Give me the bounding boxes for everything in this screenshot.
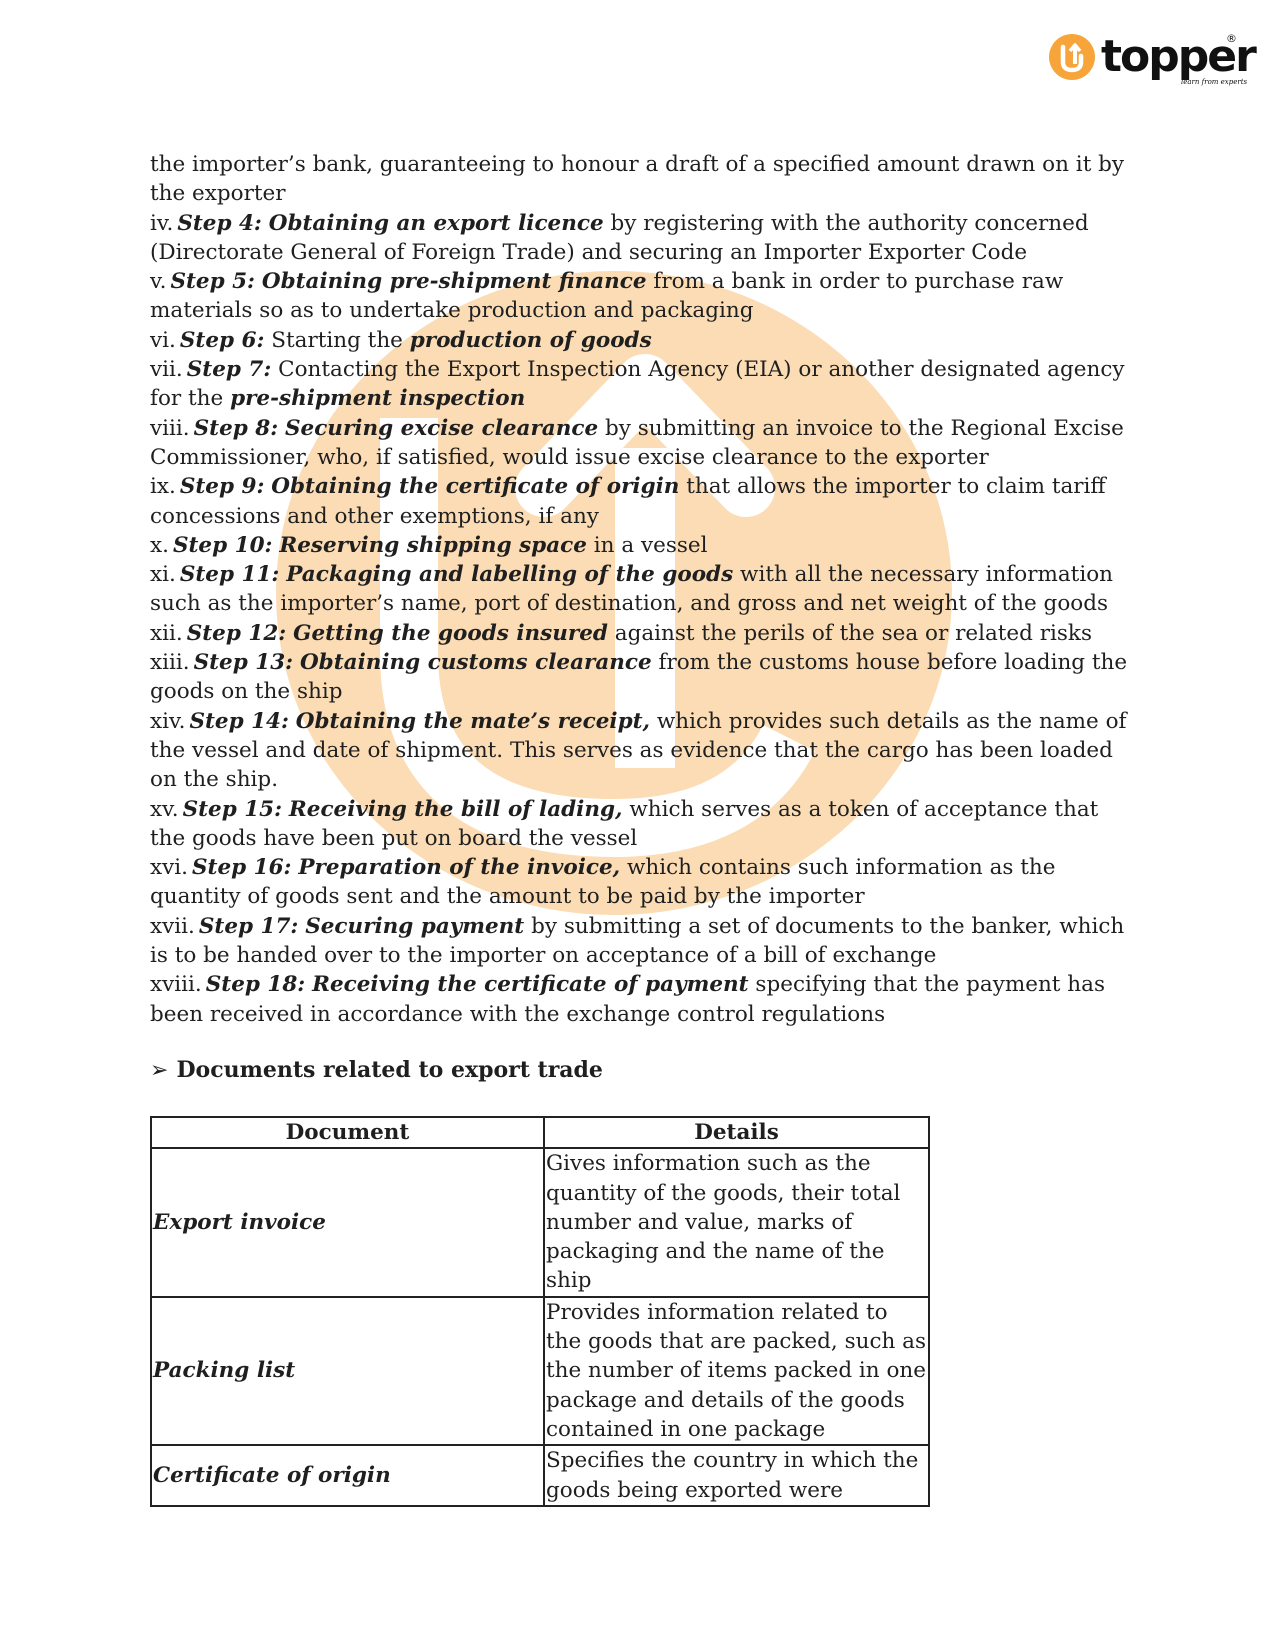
- step-label: Step 13:: [194, 650, 294, 675]
- intro-paragraph: the importer’s bank, guaranteeing to hon…: [150, 150, 1130, 209]
- brand-tagline: learn from experts: [1181, 78, 1247, 86]
- section-heading-text: Documents related to export trade: [176, 1057, 603, 1083]
- step-title: Receiving the certificate of payment: [312, 972, 749, 997]
- step-item: iv.Step 4: Obtaining an export licence b…: [150, 209, 1130, 268]
- step-label: Step 14:: [189, 709, 289, 734]
- step-label: Step 12:: [187, 621, 287, 646]
- step-numeral: v.: [150, 269, 166, 294]
- step-numeral: xvi.: [150, 855, 188, 880]
- document-details: Gives information such as the quantity o…: [544, 1148, 929, 1296]
- step-label: Step 7:: [187, 357, 272, 382]
- step-label: Step 18:: [206, 972, 306, 997]
- step-item: xii.Step 12: Getting the goods insured a…: [150, 619, 1130, 648]
- step-label: Step 8:: [194, 416, 279, 441]
- step-numeral: xv.: [150, 797, 179, 822]
- step-item: xiii.Step 13: Obtaining customs clearanc…: [150, 648, 1130, 707]
- document-details: Specifies the country in which the goods…: [544, 1445, 929, 1506]
- documents-section-heading: ➢Documents related to export trade: [150, 1055, 603, 1086]
- table-header-row: Document Details: [151, 1117, 929, 1148]
- document-name: Export invoice: [151, 1148, 544, 1296]
- step-numeral: xvii.: [150, 914, 195, 939]
- step-label: Step 15:: [183, 797, 283, 822]
- step-title: Obtaining the certificate of origin: [271, 474, 679, 499]
- step-title: Packaging and labelling of the goods: [286, 562, 733, 587]
- column-header-document: Document: [151, 1117, 544, 1148]
- step-label: Step 11:: [180, 562, 280, 587]
- export-documents-table: Document Details Export invoice Gives in…: [150, 1116, 930, 1507]
- step-description: against the perils of the sea or related…: [608, 621, 1092, 646]
- step-numeral: xiii.: [150, 650, 190, 675]
- u-arrow-icon: [1049, 34, 1095, 80]
- step-title: pre-shipment inspection: [230, 386, 525, 411]
- step-numeral: xi.: [150, 562, 176, 587]
- step-numeral: xii.: [150, 621, 183, 646]
- step-title: Securing excise clearance: [285, 416, 598, 441]
- step-pre-text: Starting the: [264, 328, 409, 353]
- step-numeral: x.: [150, 533, 169, 558]
- step-title: Obtaining the mate’s receipt,: [296, 709, 650, 734]
- table-row: Export invoice Gives information such as…: [151, 1148, 929, 1296]
- step-item: xvi.Step 16: Preparation of the invoice,…: [150, 853, 1130, 912]
- step-title: Obtaining an export licence: [269, 211, 604, 236]
- document-name: Certificate of origin: [151, 1445, 544, 1506]
- step-label: Step 9:: [180, 474, 265, 499]
- step-description: by submitting a set of documents to the …: [150, 914, 1131, 968]
- table-row: Certificate of origin Specifies the coun…: [151, 1445, 929, 1506]
- step-title: Getting the goods insured: [293, 621, 608, 646]
- step-item: ix.Step 9: Obtaining the certificate of …: [150, 472, 1130, 531]
- step-item: viii.Step 8: Securing excise clearance b…: [150, 414, 1130, 473]
- step-item: xv.Step 15: Receiving the bill of lading…: [150, 795, 1130, 854]
- step-numeral: iv.: [150, 211, 173, 236]
- table-row: Packing list Provides information relate…: [151, 1297, 929, 1445]
- document-name: Packing list: [151, 1297, 544, 1445]
- step-label: Step 16:: [192, 855, 292, 880]
- step-title: Receiving the bill of lading,: [289, 797, 623, 822]
- arrow-bullet-icon: ➢: [150, 1056, 168, 1086]
- step-item: x.Step 10: Reserving shipping space in a…: [150, 531, 1130, 560]
- step-item: xvii.Step 17: Securing payment by submit…: [150, 912, 1130, 971]
- step-title: Securing payment: [305, 914, 524, 939]
- registered-mark: ®: [1226, 32, 1237, 45]
- column-header-details: Details: [544, 1117, 929, 1148]
- step-label: Step 6:: [180, 328, 265, 353]
- step-item: vi.Step 6: Starting the production of go…: [150, 326, 1130, 355]
- step-title: Obtaining customs clearance: [300, 650, 652, 675]
- export-steps-content: the importer’s bank, guaranteeing to hon…: [150, 150, 1130, 1029]
- steps-list: iv.Step 4: Obtaining an export licence b…: [150, 209, 1130, 1029]
- step-description: in a vessel: [587, 533, 708, 558]
- step-numeral: xiv.: [150, 709, 185, 734]
- topper-logo: topper ® learn from experts: [1049, 30, 1249, 92]
- step-item: v.Step 5: Obtaining pre-shipment finance…: [150, 267, 1130, 326]
- step-item: xi.Step 11: Packaging and labelling of t…: [150, 560, 1130, 619]
- step-label: Step 4:: [177, 211, 262, 236]
- step-title: Reserving shipping space: [279, 533, 587, 558]
- step-numeral: ix.: [150, 474, 176, 499]
- step-label: Step 5:: [170, 269, 255, 294]
- step-title: Obtaining pre-shipment finance: [262, 269, 647, 294]
- step-numeral: vii.: [150, 357, 183, 382]
- step-numeral: viii.: [150, 416, 190, 441]
- step-label: Step 10:: [173, 533, 273, 558]
- step-numeral: xviii.: [150, 972, 202, 997]
- step-item: xiv.Step 14: Obtaining the mate’s receip…: [150, 707, 1130, 795]
- document-details: Provides information related to the good…: [544, 1297, 929, 1445]
- step-title: Preparation of the invoice,: [298, 855, 620, 880]
- step-title: production of goods: [410, 328, 652, 353]
- step-item: vii.Step 7: Contacting the Export Inspec…: [150, 355, 1130, 414]
- step-numeral: vi.: [150, 328, 176, 353]
- step-label: Step 17:: [199, 914, 299, 939]
- step-item: xviii.Step 18: Receiving the certificate…: [150, 970, 1130, 1029]
